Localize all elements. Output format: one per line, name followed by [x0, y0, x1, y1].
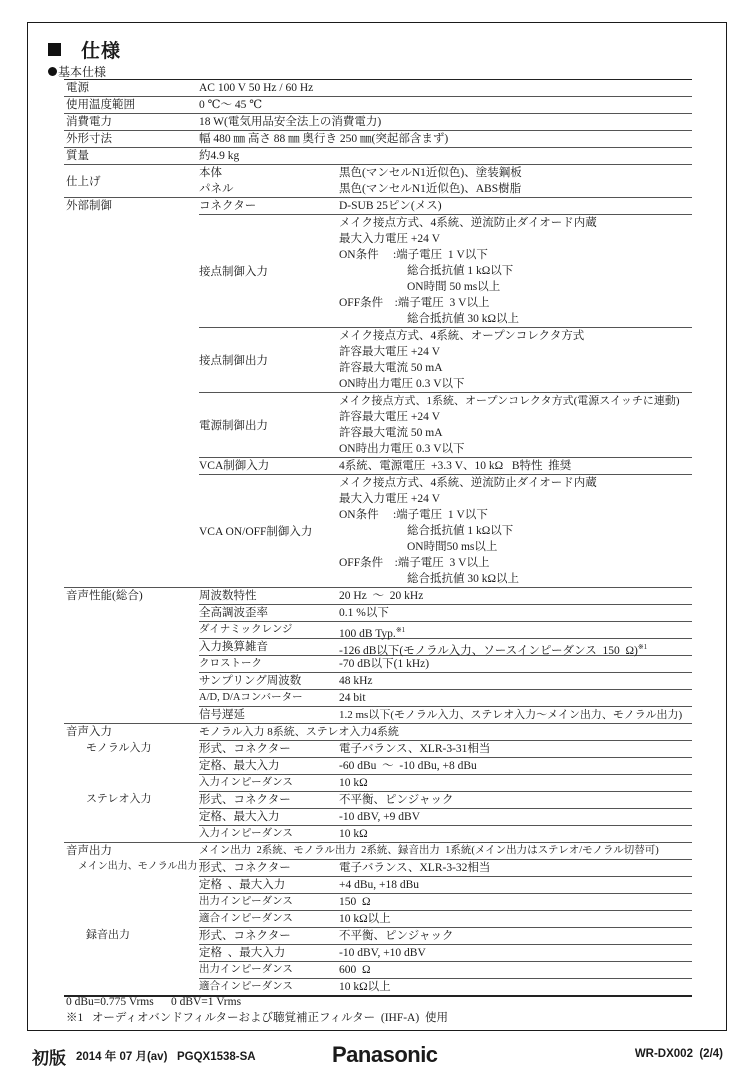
subrow-label: 適合インピーダンス: [199, 979, 339, 995]
value-line: 総合抵抗値 1 kΩ以下: [339, 523, 692, 539]
brand-logo: Panasonic: [332, 1042, 438, 1068]
finish-value: 黒色(マンセルN1近似色)、ABS樹脂: [339, 181, 692, 197]
spec-row-ext-control: 外部制御 コネクター D-SUB 25ピン(メス) 接点制御入力 メイク接点方式…: [64, 197, 692, 587]
section-heading-text: 基本仕様: [58, 65, 106, 79]
subrow-label: ダイナミックレンジ: [199, 622, 339, 638]
spec-row-temp: 使用温度範囲 0 ℃～ 45 ℃: [64, 96, 692, 113]
subrow-values: メイク接点方式、4系統、オープンコレクタ方式 許容最大電圧 +24 V 許容最大…: [339, 328, 692, 392]
spec-table: 電源 AC 100 V 50 Hz / 60 Hz 使用温度範囲 0 ℃～ 45…: [64, 79, 692, 997]
value-line: ON時間50 ms以上: [339, 539, 692, 555]
edition-label: 初版: [32, 1044, 66, 1069]
group-subtable: 形式、コネクター 電子バランス、XLR-3-31相当 定格、最大入力 -60 d…: [199, 740, 692, 791]
footnote-marker: ※1: [396, 626, 405, 634]
subrow: 全高調波歪率 0.1 %以下: [199, 604, 692, 621]
subrow: クロストーク -70 dB以下(1 kHz): [199, 655, 692, 672]
group-label: メイン出力、モノラル出力: [78, 859, 197, 875]
subrow-label: 入力換算雑音: [199, 639, 339, 655]
notes: 0 dBu=0.775 Vrms 0 dBV=1 Vrms ※1 オーディオバン…: [66, 994, 448, 1026]
subrow-label: VCA制御入力: [199, 458, 339, 474]
subrow-value: 100 dB Typ.※1: [339, 622, 692, 638]
subrow-value: -10 dBV, +10 dBV: [339, 945, 692, 961]
row-label: 音声入力: [64, 724, 199, 740]
value-line: 許容最大電流 50 mA: [339, 360, 692, 376]
section-heading: 基本仕様: [48, 63, 106, 80]
group-label-cell: モノラル入力: [64, 740, 199, 791]
subrow-value: D-SUB 25ピン(メス): [339, 198, 692, 214]
row-label: 外形寸法: [64, 131, 199, 147]
circle-bullet-icon: [48, 67, 57, 76]
group-label-cell: ステレオ入力: [64, 791, 199, 842]
value-line: 総合抵抗値 30 kΩ以上: [339, 311, 692, 327]
subrow-vca-onoff: VCA ON/OFF制御入力 メイク接点方式、4系統、逆流防止ダイオード内蔵 最…: [199, 474, 692, 587]
subrow-vca-in: VCA制御入力 4系統、電源電圧 +3.3 V、10 kΩ B特性 推奨: [199, 457, 692, 474]
value-line: ON時出力電圧 0.3 V以下: [339, 441, 692, 457]
row-value: 18 W(電気用品安全法上の消費電力): [199, 114, 692, 130]
subrow-label: 接点制御出力: [199, 328, 339, 392]
value-line: 最大入力電圧 +24 V: [339, 491, 692, 507]
subrow-label: 定格 、最大入力: [199, 945, 339, 961]
subrow-label: 電源制御出力: [199, 393, 339, 457]
subrow-value: +4 dBu, +18 dBu: [339, 877, 692, 893]
row-value: モノラル入力 8系統、ステレオ入力4系統: [199, 724, 692, 740]
group-label: ステレオ入力: [86, 791, 152, 807]
subrow-value: 電子バランス、XLR-3-31相当: [339, 741, 692, 757]
subrow-value: 不平衡、ピンジャック: [339, 928, 692, 944]
finish-value: 黒色(マンセルN1近似色)、塗装鋼板: [339, 165, 692, 181]
spec-row-audio-out: 音声出力 メイン出力 2系統、モノラル出力 2系統、録音出力 1系統(メイン出力…: [64, 842, 692, 859]
subrow-label: VCA ON/OFF制御入力: [199, 475, 339, 587]
value-line: OFF条件 :端子電圧 3 V以上: [339, 295, 692, 311]
row-label: 音声出力: [64, 843, 199, 859]
subrow: 定格 、最大入力 +4 dBu, +18 dBu: [199, 876, 692, 893]
subrow-value: -70 dB以下(1 kHz): [339, 656, 692, 672]
subrow-value: 4系統、電源電圧 +3.3 V、10 kΩ B特性 推奨: [339, 458, 692, 474]
subrow: 適合インピーダンス 10 kΩ以上: [199, 978, 692, 995]
subrow-value: -10 dBV, +9 dBV: [339, 809, 692, 825]
subrow-label: A/D, D/Aコンバーター: [199, 690, 339, 706]
finish-part: 本体: [199, 165, 339, 181]
value-line: ON条件 :端子電圧 1 V以下: [339, 507, 692, 523]
footnote: ※1 オーディオバンドフィルターおよび聴覚補正フィルター (IHF-A) 使用: [66, 1010, 448, 1026]
row-value: メイン出力 2系統、モノラル出力 2系統、録音出力 1系統(メイン出力はステレオ…: [199, 843, 692, 859]
group-label-cell: 録音出力: [64, 927, 199, 995]
audio-in-group-stereo: ステレオ入力 形式、コネクター 不平衡、ピンジャック 定格、最大入力 -10 d…: [64, 791, 692, 842]
subrow-label: 全高調波歪率: [199, 605, 339, 621]
row-value: AC 100 V 50 Hz / 60 Hz: [199, 80, 692, 96]
finish-row: 本体 黒色(マンセルN1近似色)、塗装鋼板: [199, 165, 692, 181]
unit-note: 0 dBu=0.775 Vrms 0 dBV=1 Vrms: [66, 994, 448, 1010]
subrow: 入力インピーダンス 10 kΩ: [199, 774, 692, 791]
group-label: 録音出力: [86, 927, 130, 943]
row-label: 使用温度範囲: [64, 97, 199, 113]
model-page-number: WR-DX002 (2/4): [635, 1048, 723, 1060]
value-line: ON時間 50 ms以上: [339, 279, 692, 295]
subrow: 入力インピーダンス 10 kΩ: [199, 825, 692, 842]
value-line: 最大入力電圧 +24 V: [339, 231, 692, 247]
row-label: 音声性能(総合): [66, 588, 143, 604]
subrow-value: 10 kΩ以上: [339, 979, 692, 995]
subrow-value: 600 Ω: [339, 962, 692, 978]
subrow-values: メイク接点方式、1系統、オープンコレクタ方式(電源スイッチに連動) 許容最大電圧…: [339, 393, 692, 457]
spec-row-consumption: 消費電力 18 W(電気用品安全法上の消費電力): [64, 113, 692, 130]
value-line: 総合抵抗値 30 kΩ以上: [339, 571, 692, 587]
subrow-values: メイク接点方式、4系統、逆流防止ダイオード内蔵 最大入力電圧 +24 V ON条…: [339, 475, 692, 587]
value-line: ON条件 :端子電圧 1 V以下: [339, 247, 692, 263]
subrow: A/D, D/Aコンバーター 24 bit: [199, 689, 692, 706]
row-label: 消費電力: [64, 114, 199, 130]
subrow-power-out: 電源制御出力 メイク接点方式、1系統、オープンコレクタ方式(電源スイッチに連動)…: [199, 392, 692, 457]
subrow-value: 48 kHz: [339, 673, 692, 689]
subrow-contact-in: 接点制御入力 メイク接点方式、4系統、逆流防止ダイオード内蔵 最大入力電圧 +2…: [199, 214, 692, 327]
row-value: 0 ℃～ 45 ℃: [199, 97, 692, 113]
subrow-value: 1.2 ms以下(モノラル入力、ステレオ入力～メイン出力、モノラル出力): [339, 707, 692, 723]
subrow-label: 形式、コネクター: [199, 792, 339, 808]
subrow-label: 定格 、最大入力: [199, 877, 339, 893]
group-label-cell: メイン出力、モノラル出力: [64, 859, 199, 927]
footnote-marker: ※1: [638, 643, 647, 651]
subrow-value: 電子バランス、XLR-3-32相当: [339, 860, 692, 876]
ext-control-subtable: コネクター D-SUB 25ピン(メス) 接点制御入力 メイク接点方式、4系統、…: [199, 198, 692, 587]
subrow-value: 24 bit: [339, 690, 692, 706]
value-line: 総合抵抗値 1 kΩ以下: [339, 263, 692, 279]
group-subtable: 形式、コネクター 電子バランス、XLR-3-32相当 定格 、最大入力 +4 d…: [199, 859, 692, 927]
subrow-value: -126 dB以下(モノラル入力、ソースインピーダンス 150 Ω)※1: [339, 639, 692, 655]
spec-row-dimensions: 外形寸法 幅 480 ㎜ 高さ 88 ㎜ 奥行き 250 ㎜(突起部含まず): [64, 130, 692, 147]
group-label: モノラル入力: [86, 740, 152, 756]
subrow-label: 適合インピーダンス: [199, 911, 339, 927]
subrow: 形式、コネクター 電子バランス、XLR-3-32相当: [199, 859, 692, 876]
subrow-label: 形式、コネクター: [199, 928, 339, 944]
value-line: メイク接点方式、1系統、オープンコレクタ方式(電源スイッチに連動): [339, 393, 692, 409]
value-line: ON時出力電圧 0.3 V以下: [339, 376, 692, 392]
value-line: メイク接点方式、4系統、逆流防止ダイオード内蔵: [339, 215, 692, 231]
finish-row: パネル 黒色(マンセルN1近似色)、ABS樹脂: [199, 181, 692, 197]
subrow: 定格、最大入力 -10 dBV, +9 dBV: [199, 808, 692, 825]
row-label: 仕上げ: [64, 165, 199, 197]
value-line: メイク接点方式、4系統、オープンコレクタ方式: [339, 328, 692, 344]
value-line: メイク接点方式、4系統、逆流防止ダイオード内蔵: [339, 475, 692, 491]
title-text: 仕様: [81, 40, 121, 62]
subrow-label: 定格、最大入力: [199, 809, 339, 825]
row-label: 質量: [64, 148, 199, 164]
subrow-label: 形式、コネクター: [199, 860, 339, 876]
subrow: 適合インピーダンス 10 kΩ以上: [199, 910, 692, 927]
spec-row-audio-in: 音声入力 モノラル入力 8系統、ステレオ入力4系統: [64, 723, 692, 740]
subrow: サンプリング周波数 48 kHz: [199, 672, 692, 689]
square-bullet-icon: [48, 43, 61, 56]
subrow-value: 0.1 %以下: [339, 605, 692, 621]
spec-row-mass: 質量 約4.9 kg: [64, 147, 692, 164]
subrow: 形式、コネクター 不平衡、ピンジャック: [199, 927, 692, 944]
subrow: 定格、最大入力 -60 dBu ～ -10 dBu, +8 dBu: [199, 757, 692, 774]
spec-row-audio-perf: 音声性能(総合) 周波数特性 20 Hz ～ 20 kHz 全高調波歪率 0.1…: [64, 587, 692, 723]
row-label: 外部制御: [66, 198, 112, 214]
subrow-label: サンプリング周波数: [199, 673, 339, 689]
subrow-label: 出力インピーダンス: [199, 894, 339, 910]
subrow-value: 10 kΩ: [339, 826, 692, 842]
row-label: 電源: [64, 80, 199, 96]
spec-row-finish: 仕上げ 本体 黒色(マンセルN1近似色)、塗装鋼板 パネル 黒色(マンセルN1近…: [64, 164, 692, 197]
audio-perf-label-cell: 音声性能(総合): [64, 588, 199, 723]
subrow-value: 20 Hz ～ 20 kHz: [339, 588, 692, 604]
value-line: 許容最大電流 50 mA: [339, 425, 692, 441]
value-line: 許容最大電圧 +24 V: [339, 344, 692, 360]
subrow: 定格 、最大入力 -10 dBV, +10 dBV: [199, 944, 692, 961]
group-subtable: 形式、コネクター 不平衡、ピンジャック 定格 、最大入力 -10 dBV, +1…: [199, 927, 692, 995]
subrow: 出力インピーダンス 150 Ω: [199, 893, 692, 910]
subrow-values: メイク接点方式、4系統、逆流防止ダイオード内蔵 最大入力電圧 +24 V ON条…: [339, 215, 692, 327]
audio-perf-subtable: 周波数特性 20 Hz ～ 20 kHz 全高調波歪率 0.1 %以下 ダイナミ…: [199, 588, 692, 723]
subrow-connector: コネクター D-SUB 25ピン(メス): [199, 198, 692, 214]
value-line: OFF条件 :端子電圧 3 V以上: [339, 555, 692, 571]
doc-date-code: 2014 年 07 月(av) PGQX1538-SA: [76, 1048, 256, 1064]
subrow-label: 出力インピーダンス: [199, 962, 339, 978]
subrow-value: 10 kΩ: [339, 775, 692, 791]
subrow-label: 定格、最大入力: [199, 758, 339, 774]
subrow-label: 接点制御入力: [199, 215, 339, 327]
subrow: 出力インピーダンス 600 Ω: [199, 961, 692, 978]
subrow-value: 10 kΩ以上: [339, 911, 692, 927]
subrow-contact-out: 接点制御出力 メイク接点方式、4系統、オープンコレクタ方式 許容最大電圧 +24…: [199, 327, 692, 392]
page-title: 仕様: [48, 36, 121, 63]
subrow: 信号遅延 1.2 ms以下(モノラル入力、ステレオ入力～メイン出力、モノラル出力…: [199, 706, 692, 723]
subrow-label: 入力インピーダンス: [199, 775, 339, 791]
value-line: 許容最大電圧 +24 V: [339, 409, 692, 425]
finish-part: パネル: [199, 181, 339, 197]
spec-row-power: 電源 AC 100 V 50 Hz / 60 Hz: [64, 79, 692, 96]
group-subtable: 形式、コネクター 不平衡、ピンジャック 定格、最大入力 -10 dBV, +9 …: [199, 791, 692, 842]
finish-values: 本体 黒色(マンセルN1近似色)、塗装鋼板 パネル 黒色(マンセルN1近似色)、…: [199, 165, 692, 197]
audio-out-group-rec: 録音出力 形式、コネクター 不平衡、ピンジャック 定格 、最大入力 -10 dB…: [64, 927, 692, 995]
subrow-label: クロストーク: [199, 656, 339, 672]
page-footer: 初版 2014 年 07 月(av) PGQX1538-SA Panasonic…: [0, 1044, 751, 1068]
row-value: 約4.9 kg: [199, 148, 692, 164]
subrow-value: -60 dBu ～ -10 dBu, +8 dBu: [339, 758, 692, 774]
subrow: ダイナミックレンジ 100 dB Typ.※1: [199, 621, 692, 638]
audio-in-group-mono: モノラル入力 形式、コネクター 電子バランス、XLR-3-31相当 定格、最大入…: [64, 740, 692, 791]
subrow-label: 入力インピーダンス: [199, 826, 339, 842]
subrow: 周波数特性 20 Hz ～ 20 kHz: [199, 588, 692, 604]
subrow: 形式、コネクター 電子バランス、XLR-3-31相当: [199, 740, 692, 757]
subrow-label: 周波数特性: [199, 588, 339, 604]
ext-control-label-cell: 外部制御: [64, 198, 199, 587]
subrow-label: コネクター: [199, 198, 339, 214]
subrow: 形式、コネクター 不平衡、ピンジャック: [199, 791, 692, 808]
row-value: 幅 480 ㎜ 高さ 88 ㎜ 奥行き 250 ㎜(突起部含まず): [199, 131, 692, 147]
subrow-label: 信号遅延: [199, 707, 339, 723]
subrow-value: 150 Ω: [339, 894, 692, 910]
subrow: 入力換算雑音 -126 dB以下(モノラル入力、ソースインピーダンス 150 Ω…: [199, 638, 692, 655]
subrow-label: 形式、コネクター: [199, 741, 339, 757]
subrow-value: 不平衡、ピンジャック: [339, 792, 692, 808]
audio-out-group-main: メイン出力、モノラル出力 形式、コネクター 電子バランス、XLR-3-32相当 …: [64, 859, 692, 927]
